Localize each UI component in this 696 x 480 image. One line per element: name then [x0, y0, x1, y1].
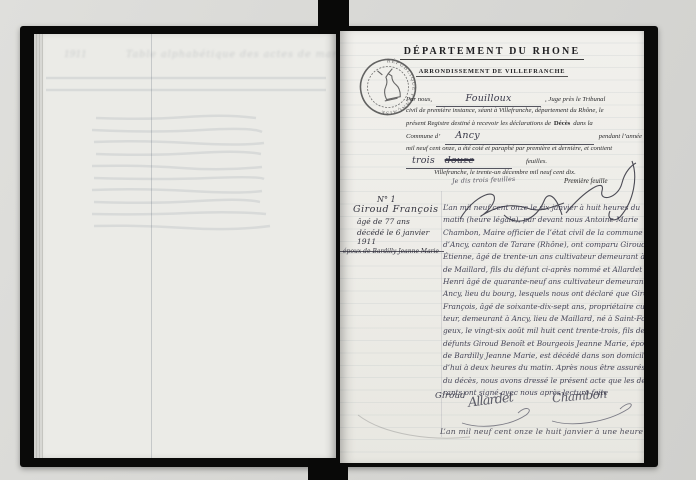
form-line3-post: dans la — [573, 118, 593, 130]
act-line: Henri âgé de quarante-neuf ans cultivate… — [443, 276, 643, 288]
death-act-text: L’an mil neuf cent onze le six janvier à… — [443, 202, 643, 400]
signature-flourish-underlines — [460, 397, 640, 431]
department-title: DÉPARTEMENT DU RHONE — [400, 46, 585, 60]
act-line: François, âgé de soixante-dix-sept ans, … — [443, 301, 643, 313]
act-line: de Maillard, fils du défunt ci-après nom… — [443, 264, 643, 276]
commune-name-handwritten: Ancy — [455, 130, 479, 141]
arrondissement-subtitle: ARRONDISSEMENT DE VILLEFRANCHE — [416, 68, 569, 77]
scanned-register-photo: 1911 Table alphabétique des actes de mar… — [0, 0, 696, 480]
act-line: du décès, nous avons dressé le présent a… — [443, 375, 643, 387]
form-line3-pre: présent Registre destiné à recevoir les … — [406, 118, 551, 130]
act-number: N° 1 — [377, 195, 443, 204]
act-line: défunts Giroud Benoît et Bourgeois Jeann… — [443, 338, 643, 350]
right-page: RÉPUBLIQUE FRANÇAISE DÉPARTEMENT DU RHON… — [340, 31, 644, 463]
act-line: d’hui à deux heures du matin. Après nous… — [443, 362, 643, 374]
judge-name-handwritten: Fouilloux — [466, 93, 512, 104]
deceased-name: Giroud François — [353, 204, 443, 215]
left-page: 1911 Table alphabétique des actes de mar… — [34, 34, 336, 458]
act-margin-note: N° 1 Giroud François âgé de 77 ans décéd… — [343, 195, 443, 255]
act-line: geux, le vingt-six août mil huit cent tr… — [443, 325, 643, 337]
form-line2: civil de première instance, séant à Vill… — [406, 105, 604, 117]
deceased-age: âgé de 77 ans — [357, 217, 443, 226]
act-line: Chambon, Maire officier de l’état civil … — [443, 227, 643, 239]
sheet-count-handwritten: trois — [412, 155, 435, 166]
death-date: décédé le 6 janvier 1911 — [357, 228, 443, 246]
form-line5: mil neuf cent onze, a été coté et paraph… — [406, 143, 612, 155]
bleedthrough-rows — [34, 34, 336, 458]
act-line: Étienne, âgé de trente-un ans cultivateu… — [443, 251, 643, 263]
act-line: teur, demeurant à Ancy, lieu de Maillard… — [443, 313, 643, 325]
form-deces-bold: Décès — [554, 118, 570, 130]
act-line: de Bardilly Jeanne Marie, est décédé dan… — [443, 350, 643, 362]
sheet-count-struck: douze — [445, 155, 475, 166]
act-line: L’an mil neuf cent onze le six janvier à… — [443, 202, 643, 214]
act-line: d’Ancy, canton de Tarare (Rhône), ont co… — [443, 239, 643, 251]
margin-note-underline — [340, 251, 444, 252]
act-line: Ancy, lieu du bourg, lesquels nous ont d… — [443, 288, 643, 300]
act-line: matin (heure légale), par devant nous An… — [443, 214, 643, 226]
page-curl-stroke — [354, 409, 474, 449]
